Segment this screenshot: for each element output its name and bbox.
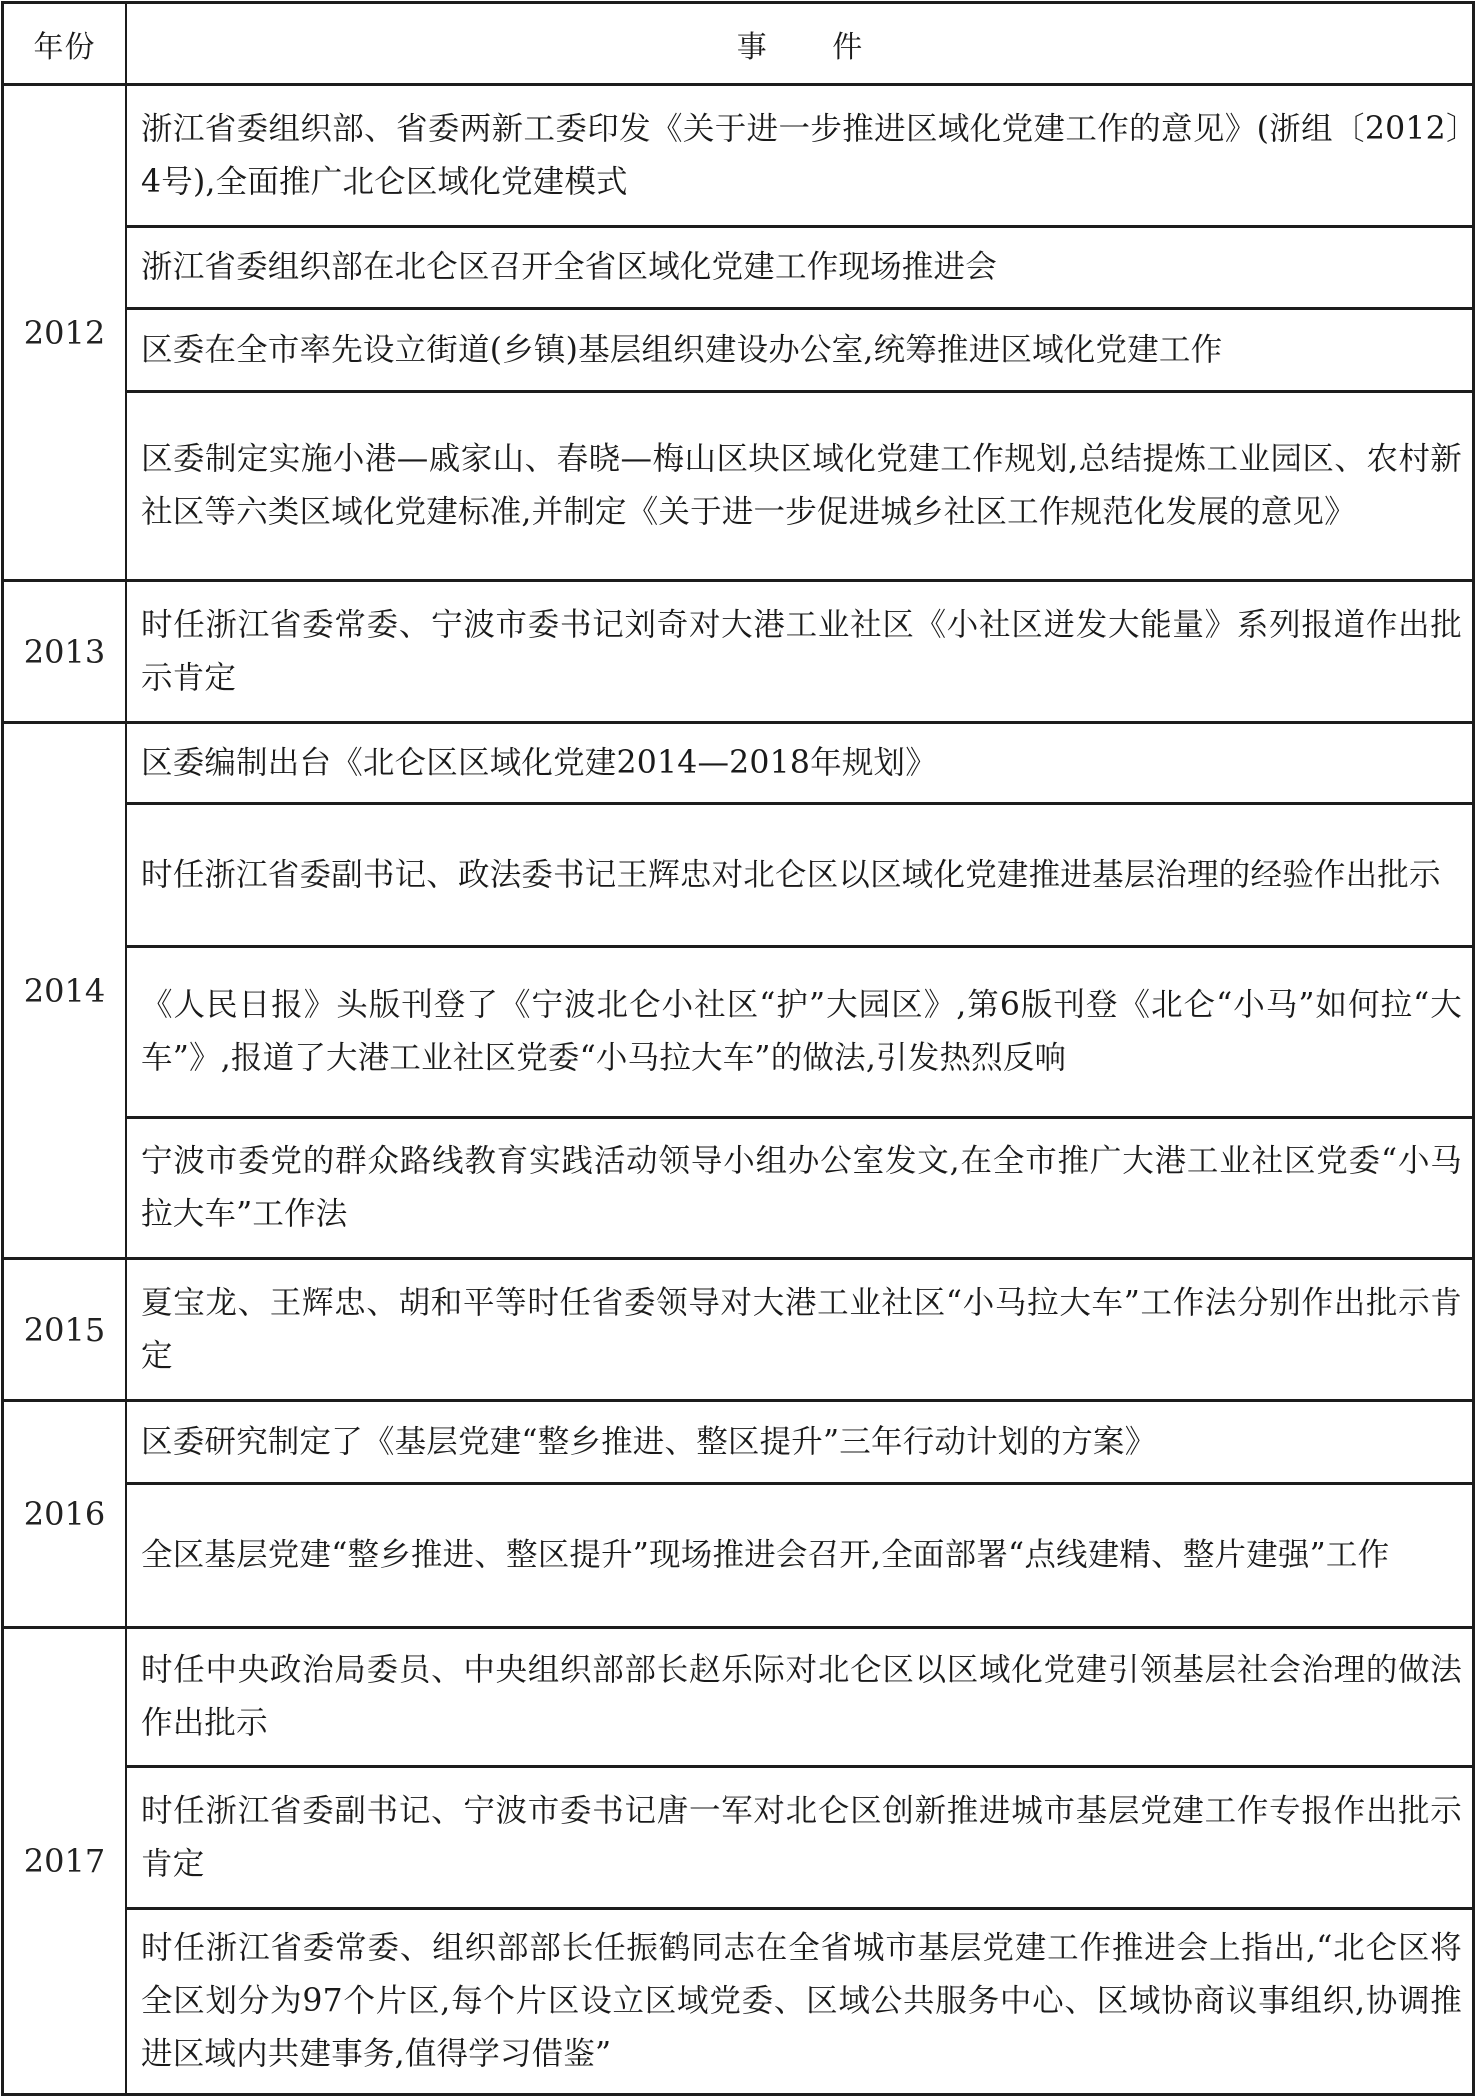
event-text: 时任浙江省委常委、组织部部长任振鹤同志在全省城市基层党建工作推进会上指出,“北仑… <box>141 1922 1462 2081</box>
event-row: 时任浙江省委常委、宁波市委书记刘奇对大港工业社区《小社区迸发大能量》系列报道作出… <box>127 582 1472 721</box>
header-event: 事 件 <box>127 4 1472 83</box>
event-row: 时任浙江省委副书记、政法委书记王辉忠对北仑区以区域化党建推进基层治理的经验作出批… <box>127 805 1472 948</box>
event-text: 夏宝龙、王辉忠、胡和平等时任省委领导对大港工业社区“小马拉大车”工作法分别作出批… <box>141 1277 1462 1383</box>
event-row: 时任浙江省委副书记、宁波市委书记唐一军对北仑区创新推进城市基层党建工作专报作出批… <box>127 1768 1472 1910</box>
event-text: 区委研究制定了《基层党建“整乡推进、整区提升”三年行动计划的方案》 <box>141 1416 1156 1469</box>
event-row: 浙江省委组织部、省委两新工委印发《关于进一步推进区域化党建工作的意见》(浙组〔2… <box>127 86 1472 228</box>
event-text: 时任中央政治局委员、中央组织部部长赵乐际对北仑区以区域化党建引领基层社会治理的做… <box>141 1644 1462 1750</box>
year-cell: 2014 <box>4 724 125 1257</box>
year-group-2013: 2013 时任浙江省委常委、宁波市委书记刘奇对大港工业社区《小社区迸发大能量》系… <box>4 582 1472 724</box>
year-group-2014: 2014 区委编制出台《北仑区区域化党建2014—2018年规划》 时任浙江省委… <box>4 724 1472 1260</box>
event-text: 区委制定实施小港—戚家山、春晓—梅山区块区域化党建工作规划,总结提炼工业园区、农… <box>141 433 1462 539</box>
events-cell-group: 时任浙江省委常委、宁波市委书记刘奇对大港工业社区《小社区迸发大能量》系列报道作出… <box>127 582 1472 721</box>
year-cell: 2013 <box>4 582 125 721</box>
event-text: 宁波市委党的群众路线教育实践活动领导小组办公室发文,在全市推广大港工业社区党委“… <box>141 1135 1462 1241</box>
event-text: 时任浙江省委副书记、政法委书记王辉忠对北仑区以区域化党建推进基层治理的经验作出批… <box>141 849 1441 902</box>
year-group-2016: 2016 区委研究制定了《基层党建“整乡推进、整区提升”三年行动计划的方案》 全… <box>4 1402 1472 1629</box>
event-row: 《人民日报》头版刊登了《宁波北仑小社区“护”大园区》,第6版刊登《北仑“小马”如… <box>127 948 1472 1119</box>
events-cell-group: 夏宝龙、王辉忠、胡和平等时任省委领导对大港工业社区“小马拉大车”工作法分别作出批… <box>127 1260 1472 1399</box>
event-row: 区委编制出台《北仑区区域化党建2014—2018年规划》 <box>127 724 1472 805</box>
event-text: 浙江省委组织部、省委两新工委印发《关于进一步推进区域化党建工作的意见》(浙组〔2… <box>141 103 1462 209</box>
table-header-row: 年份 事 件 <box>4 4 1472 86</box>
event-text: 全区基层党建“整乡推进、整区提升”现场推进会召开,全面部署“点线建精、整片建强”… <box>141 1529 1389 1582</box>
events-cell-group: 浙江省委组织部、省委两新工委印发《关于进一步推进区域化党建工作的意见》(浙组〔2… <box>127 86 1472 579</box>
event-row: 浙江省委组织部在北仑区召开全省区域化党建工作现场推进会 <box>127 228 1472 310</box>
event-row: 区委制定实施小港—戚家山、春晓—梅山区块区域化党建工作规划,总结提炼工业园区、农… <box>127 393 1472 579</box>
event-text: 时任浙江省委副书记、宁波市委书记唐一军对北仑区创新推进城市基层党建工作专报作出批… <box>141 1785 1462 1891</box>
year-group-2015: 2015 夏宝龙、王辉忠、胡和平等时任省委领导对大港工业社区“小马拉大车”工作法… <box>4 1260 1472 1402</box>
event-text: 《人民日报》头版刊登了《宁波北仑小社区“护”大园区》,第6版刊登《北仑“小马”如… <box>141 979 1462 1085</box>
events-cell-group: 区委研究制定了《基层党建“整乡推进、整区提升”三年行动计划的方案》 全区基层党建… <box>127 1402 1472 1626</box>
event-row: 时任中央政治局委员、中央组织部部长赵乐际对北仑区以区域化党建引领基层社会治理的做… <box>127 1629 1472 1768</box>
events-cell-group: 时任中央政治局委员、中央组织部部长赵乐际对北仑区以区域化党建引领基层社会治理的做… <box>127 1629 1472 2093</box>
year-group-2012: 2012 浙江省委组织部、省委两新工委印发《关于进一步推进区域化党建工作的意见》… <box>4 86 1472 582</box>
event-text: 区委在全市率先设立街道(乡镇)基层组织建设办公室,统筹推进区域化党建工作 <box>141 324 1222 377</box>
events-table: 年份 事 件 2012 浙江省委组织部、省委两新工委印发《关于进一步推进区域化党… <box>1 1 1475 2096</box>
event-text: 浙江省委组织部在北仑区召开全省区域化党建工作现场推进会 <box>141 241 997 294</box>
events-cell-group: 区委编制出台《北仑区区域化党建2014—2018年规划》 时任浙江省委副书记、政… <box>127 724 1472 1257</box>
year-group-2017: 2017 时任中央政治局委员、中央组织部部长赵乐际对北仑区以区域化党建引领基层社… <box>4 1629 1472 2093</box>
event-row: 区委在全市率先设立街道(乡镇)基层组织建设办公室,统筹推进区域化党建工作 <box>127 310 1472 393</box>
year-cell: 2012 <box>4 86 125 579</box>
event-row: 宁波市委党的群众路线教育实践活动领导小组办公室发文,在全市推广大港工业社区党委“… <box>127 1119 1472 1257</box>
event-row: 区委研究制定了《基层党建“整乡推进、整区提升”三年行动计划的方案》 <box>127 1402 1472 1485</box>
event-text: 时任浙江省委常委、宁波市委书记刘奇对大港工业社区《小社区迸发大能量》系列报道作出… <box>141 599 1462 705</box>
event-row: 全区基层党建“整乡推进、整区提升”现场推进会召开,全面部署“点线建精、整片建强”… <box>127 1485 1472 1626</box>
event-row: 时任浙江省委常委、组织部部长任振鹤同志在全省城市基层党建工作推进会上指出,“北仑… <box>127 1910 1472 2093</box>
event-row: 夏宝龙、王辉忠、胡和平等时任省委领导对大港工业社区“小马拉大车”工作法分别作出批… <box>127 1260 1472 1399</box>
year-cell: 2015 <box>4 1260 125 1399</box>
year-cell: 2017 <box>4 1629 125 2093</box>
year-cell: 2016 <box>4 1402 125 1626</box>
event-text: 区委编制出台《北仑区区域化党建2014—2018年规划》 <box>141 737 937 790</box>
header-year: 年份 <box>4 4 125 83</box>
